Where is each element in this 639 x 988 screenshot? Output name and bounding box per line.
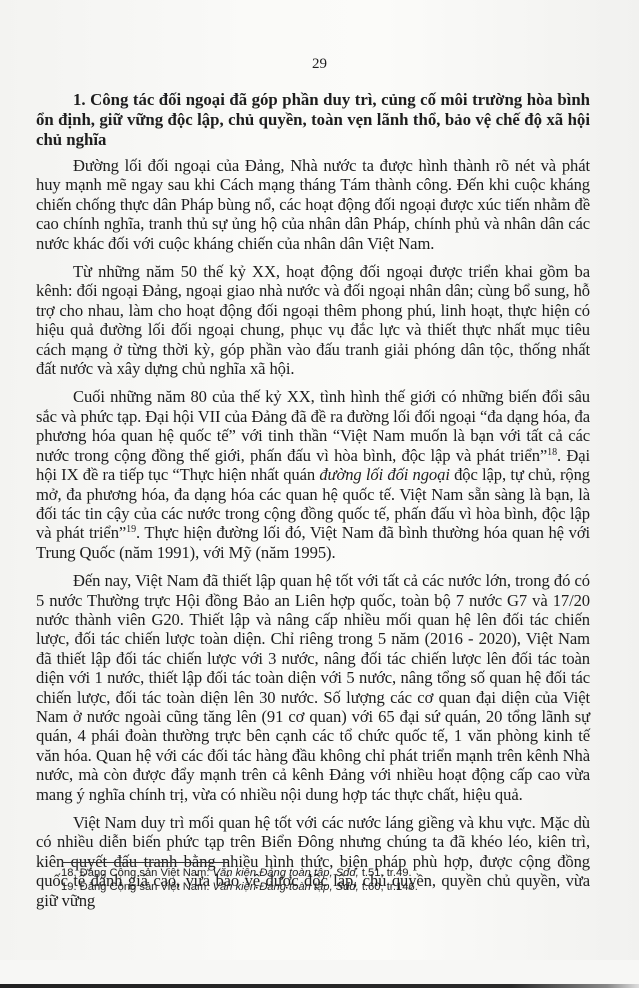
footnote-18-author: 18. Đảng Cộng sản Việt Nam: [61,867,213,879]
scan-bottom-edge [0,984,639,988]
body-content: 1. Công tác đối ngoại đã góp phần duy tr… [36,90,590,919]
footnotes: 18. Đảng Cộng sản Việt Nam: Văn kiện Đản… [61,866,418,894]
footnote-ref-19[interactable]: 19 [126,524,136,535]
footnote-19-author: 19. Đảng Cộng sản Việt Nam: [61,881,213,893]
footnote-18-location: t.51, tr.49. [359,867,412,879]
footnote-18: 18. Đảng Cộng sản Việt Nam: Văn kiện Đản… [61,866,418,880]
paragraph-3-italic: đường lối đối ngoại [319,465,450,484]
footnote-divider [62,862,228,863]
paragraph-2: Từ những năm 50 thế kỷ XX, hoạt động đối… [36,262,590,378]
footnote-19-title: Văn kiện Đảng toàn tập, Sđd, [213,881,359,893]
footnote-18-title: Văn kiện Đảng toàn tập, Sđd, [213,867,359,879]
paragraph-4: Đến nay, Việt Nam đã thiết lập quan hệ t… [36,571,590,804]
footnote-ref-18[interactable]: 18 [547,447,557,458]
section-heading: 1. Công tác đối ngoại đã góp phần duy tr… [36,90,590,150]
footnote-19-location: t.60, tr.146. [359,881,418,893]
paragraph-3-text-a: Cuối những năm 80 của thế kỷ XX, tình hì… [36,387,590,464]
paragraph-3: Cuối những năm 80 của thế kỷ XX, tình hì… [36,387,590,562]
footnote-19: 19. Đảng Cộng sản Việt Nam: Văn kiện Đản… [61,880,418,894]
document-page: 29 1. Công tác đối ngoại đã góp phần duy… [0,0,639,960]
page-number: 29 [0,56,639,73]
paragraph-1: Đường lối đối ngoại của Đảng, Nhà nước t… [36,156,590,253]
